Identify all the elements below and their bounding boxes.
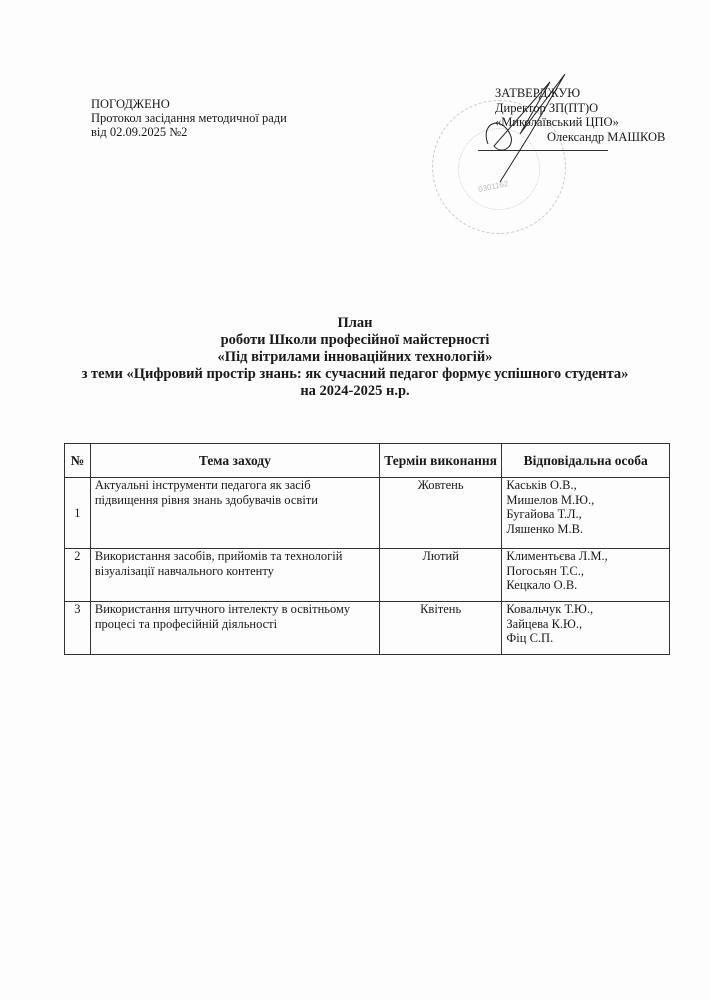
document-page: ПОГОДЖЕНО Протокол засідання методичної … <box>0 0 710 1000</box>
title-motto: «Під вітрилами інноваційних технологій» <box>40 349 670 366</box>
table-row: 2 Використання засобів, прийомів та техн… <box>65 549 670 602</box>
approval-agreed-block: ПОГОДЖЕНО Протокол засідання методичної … <box>91 97 287 139</box>
agreed-date: від 02.09.2025 №2 <box>91 125 287 139</box>
header-responsible: Відповідальна особа <box>502 444 670 478</box>
row-term: Квітень <box>379 602 502 655</box>
row-topic: Використання засобів, прийомів та технол… <box>90 549 379 602</box>
row-term: Жовтень <box>379 478 502 549</box>
row-responsible: Ковальчук Т.Ю., Зайцева К.Ю., Фіц С.П. <box>502 602 670 655</box>
row-num: 3 <box>65 602 91 655</box>
plan-table: № Тема заходу Термін виконання Відповіда… <box>64 443 670 655</box>
responsible-person: Мишелов М.Ю., <box>506 493 665 508</box>
row-term: Лютий <box>379 549 502 602</box>
signature-icon <box>480 74 590 184</box>
responsible-person: Ляшенко М.В. <box>506 522 665 537</box>
responsible-person: Фіц С.П. <box>506 631 665 646</box>
agreed-heading: ПОГОДЖЕНО <box>91 97 287 111</box>
title-school: роботи Школи професійної майстерності <box>40 332 670 349</box>
responsible-person: Каськів О.В., <box>506 478 665 493</box>
responsible-person: Погосьян Т.С., <box>506 564 665 579</box>
responsible-person: Ковальчук Т.Ю., <box>506 602 665 617</box>
row-topic: Актуальні інструменти педагога як засіб … <box>90 478 379 549</box>
responsible-person: Зайцева К.Ю., <box>506 617 665 632</box>
header-num: № <box>65 444 91 478</box>
row-responsible: Климентьєва Л.М., Погосьян Т.С., Кецкало… <box>502 549 670 602</box>
table-row: 3 Використання штучного інтелекту в осві… <box>65 602 670 655</box>
row-num: 2 <box>65 549 91 602</box>
title-year: на 2024-2025 н.р. <box>40 383 670 400</box>
responsible-person: Климентьєва Л.М., <box>506 549 665 564</box>
document-title: План роботи Школи професійної майстернос… <box>40 315 670 400</box>
row-responsible: Каськів О.В., Мишелов М.Ю., Бугайова Т.Л… <box>502 478 670 549</box>
header-topic: Тема заходу <box>90 444 379 478</box>
table-header-row: № Тема заходу Термін виконання Відповіда… <box>65 444 670 478</box>
responsible-person: Кецкало О.В. <box>506 578 665 593</box>
responsible-person: Бугайова Т.Л., <box>506 507 665 522</box>
title-theme: з теми «Цифровий простір знань: як сучас… <box>40 366 670 383</box>
title-plan: План <box>40 315 670 332</box>
agreed-protocol: Протокол засідання методичної ради <box>91 111 287 125</box>
table-row: 1 Актуальні інструменти педагога як засі… <box>65 478 670 549</box>
row-num: 1 <box>65 478 91 549</box>
row-topic: Використання штучного інтелекту в освітн… <box>90 602 379 655</box>
header-term: Термін виконання <box>379 444 502 478</box>
